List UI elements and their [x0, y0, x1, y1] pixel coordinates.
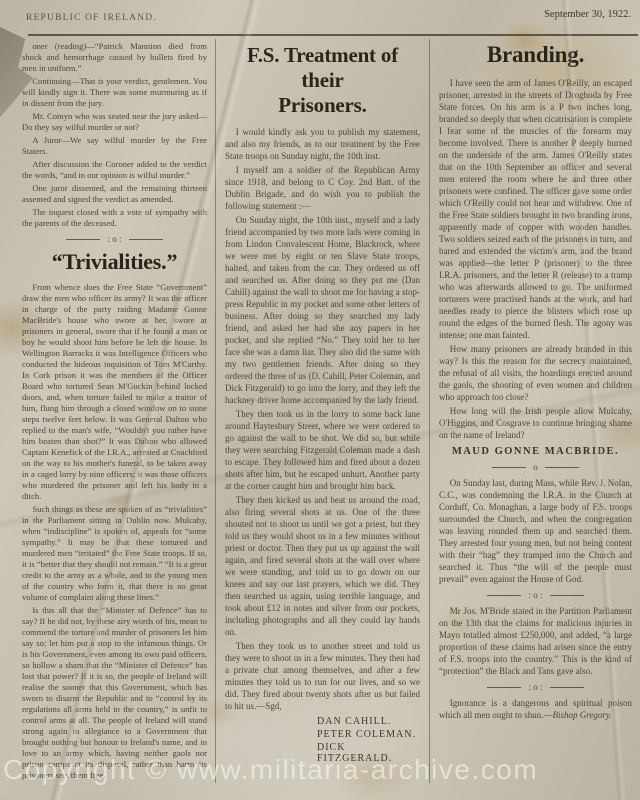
inquest-article: oner (reading)—“Patrick Mannion died fro…: [22, 41, 207, 229]
trivialities-headline: “Trivialities.”: [22, 249, 207, 275]
paragraph: A Juror—We say wilful murder by the Free…: [22, 135, 207, 157]
paragraph: On Sunday night, the 10th inst., myself …: [225, 214, 420, 406]
fs-treatment-headline: F.S. Treatment of their Prisoners.: [225, 43, 420, 117]
paragraph: Mr Jos. M'Bride stated in the Partition …: [439, 605, 632, 677]
section-divider: : o :: [439, 682, 632, 692]
masthead-rule: [28, 34, 638, 36]
corduff-article: On Sunday last, during Mass, while Rev. …: [439, 477, 632, 585]
masthead: REPUBLIC OF IRELAND. September 30, 1922.: [0, 0, 640, 34]
divider-glyph: : o :: [528, 682, 542, 692]
paragraph: DAN CAHILL.: [317, 716, 420, 727]
branding-article: I have seen the arm of James O'Reilly, a…: [439, 77, 632, 441]
headline-line-1: F.S. Treatment of their: [225, 43, 420, 93]
fs-treatment-article: I would kindly ask you to publish my sta…: [225, 126, 420, 712]
paragraph: After discussion the Coroner added to th…: [22, 159, 207, 181]
column-left: oner (reading)—“Patrick Mannion died fro…: [20, 39, 216, 783]
paragraph: Then they took us to another street and …: [225, 640, 420, 712]
byline: MAUD GONNE MACBRIDE.: [439, 446, 632, 457]
paragraph: oner (reading)—“Patrick Mannion died fro…: [22, 41, 207, 74]
newspaper-page: REPUBLIC OF IRELAND. September 30, 1922.…: [0, 0, 640, 800]
paragraph: Such things as these are spoken of as “t…: [22, 504, 207, 603]
signature-block: DAN CAHILL.PETER COLEMAN.DICK FITZGERALD…: [317, 716, 420, 764]
paragraph: Continuing—That is your verdict, gentlem…: [22, 76, 207, 109]
column-right: Branding. I have seen the arm of James O…: [430, 39, 634, 783]
closing-quote: Ignorance is a dangerous and spiritual p…: [439, 697, 632, 721]
column-middle: F.S. Treatment of their Prisoners. I wou…: [216, 39, 430, 783]
section-divider: : o :: [439, 590, 632, 600]
paragraph: I would kindly ask you to publish my sta…: [225, 126, 420, 162]
paragraph: The inquest closed with a vote of sympat…: [22, 207, 207, 229]
paragraph: One juror dissented, and the remaining t…: [22, 183, 207, 205]
mayo-claims-article: Mr Jos. M'Bride stated in the Partition …: [439, 605, 632, 677]
quote-attribution: Bishop Gregory.: [553, 710, 612, 720]
paragraph: They then took us in the lorry to some b…: [225, 408, 420, 492]
section-divider: : o :: [22, 234, 207, 244]
paragraph: PETER COLEMAN.: [317, 729, 420, 740]
trivialities-article: From whence does the Free State “Governm…: [22, 282, 207, 781]
columns-container: oner (reading)—“Patrick Mannion died fro…: [0, 39, 640, 783]
paragraph: They then kicked us and beat us around t…: [225, 494, 420, 638]
paragraph: Is this all that the “Minister of Defenc…: [22, 605, 207, 781]
branding-headline: Branding.: [439, 41, 632, 68]
paragraph: I have seen the arm of James O'Reilly, a…: [439, 77, 632, 341]
paragraph: I myself am a soldier of the Republican …: [225, 164, 420, 212]
paragraph: How many prisoners are already branded i…: [439, 343, 632, 403]
divider-glyph: o: [533, 462, 538, 472]
headline-line-2: Prisoners.: [225, 93, 420, 118]
paragraph: On Sunday last, during Mass, while Rev. …: [439, 477, 632, 585]
paragraph: How long will the Irish people allow Mul…: [439, 405, 632, 441]
paragraph: DICK FITZGERALD.: [317, 742, 420, 764]
paragraph: From whence does the Free State “Governm…: [22, 282, 207, 502]
section-divider: o: [439, 462, 632, 472]
divider-glyph: : o :: [107, 234, 121, 244]
masthead-title: REPUBLIC OF IRELAND.: [26, 13, 157, 23]
masthead-date: September 30, 1922.: [544, 9, 631, 20]
divider-glyph: : o :: [528, 590, 542, 600]
paragraph: Mr. Comyn who was seated near the jury a…: [22, 111, 207, 133]
